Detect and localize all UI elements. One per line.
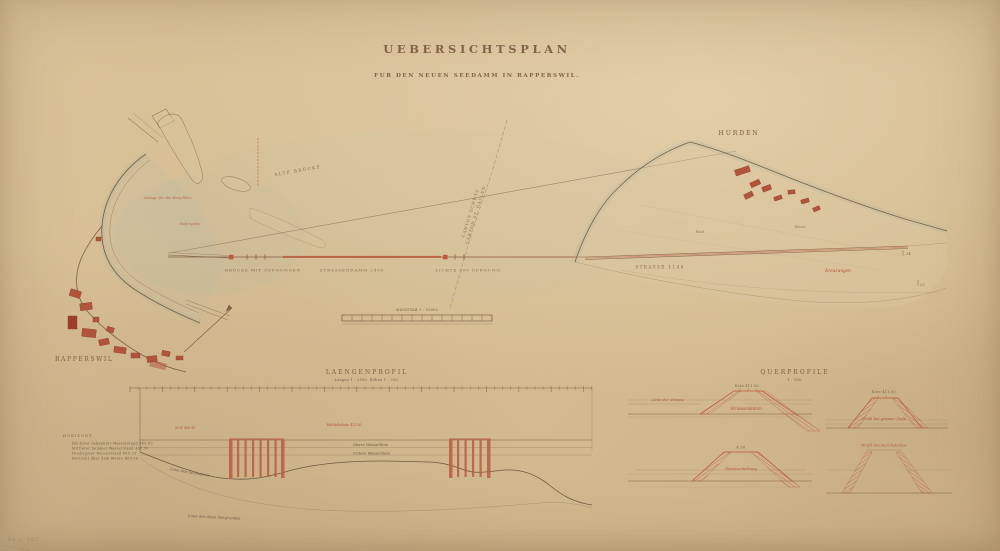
archive-note: Ka 1. 167 — [8, 537, 39, 543]
fahrbahn-note: Fahrbahnkote 411.50 — [326, 423, 362, 427]
field-note-ried: Ried — [695, 229, 705, 234]
dam-label-left: BRÜCKE MIT ÖFFNUNGEN — [225, 268, 301, 273]
mw-note: M.W. 408.90 — [174, 426, 195, 430]
qp1-center-label: Strassendamm — [730, 406, 762, 411]
querprofil-2 — [826, 396, 948, 429]
querprofil-1 — [628, 389, 820, 432]
laengenprofil-subtitle: Längen 1 : 2500. Höhen 1 : 250. — [335, 378, 400, 382]
laengenprofil-title: LAENGENPROFIL — [326, 369, 408, 376]
qp1-left-label: Linie der Strasse — [651, 397, 686, 402]
profile-legend-item: Mittlerer Sommer-Wasserstand 408.90 — [72, 447, 149, 451]
profile-legend-title: HORIZONT. — [63, 434, 94, 438]
field-note-wiese: Wiese — [794, 224, 806, 229]
edge-number-1: 24 — [906, 252, 911, 256]
plan-title: UEBERSICHTSPLAN — [383, 42, 571, 56]
map-artwork: UEBERSICHTSPLAN FUR DEN NEUEN SEEDAMM IN… — [0, 0, 1000, 551]
querprofil-3 — [628, 452, 812, 487]
strasse-label: STRASSE 1140 — [635, 265, 684, 270]
hurden-label: HURDEN — [719, 130, 760, 137]
harbor-note-1: Anlage für die Bauplätze — [143, 195, 192, 200]
querprofile-subtitle: 1 : 500. — [787, 378, 802, 382]
water-lower-label: Untere Wasserlinie — [353, 451, 391, 456]
kreuzungen-note: Kreuzungen — [824, 268, 851, 273]
querprofile-title: QUERPROFILE — [760, 369, 829, 376]
scalebar-label: MASSSTAB 1 : 10000 — [396, 308, 438, 312]
scale-bar — [342, 315, 492, 324]
harbor-note-2: Hafenplatz — [178, 221, 201, 226]
plan-subtitle: FUR DEN NEUEN SEEDAMM IN RAPPERSWIL. — [374, 73, 580, 79]
dam-label-right: LICHTE 300 ÖFFNUNG — [435, 268, 500, 273]
dam-label-mid: STRASSENDAMM 2450 — [320, 268, 384, 273]
qp1-top-label: Kote 411.50 — [735, 384, 759, 388]
profile-legend-item: Niedrigster Wasserstand 408.20 — [72, 452, 136, 456]
profile-legend-item: Höchster bekannter Wasserstand 409.60 — [72, 442, 153, 446]
water-upper-label: Obere Wasserlinie — [353, 442, 389, 447]
plan-sheet: UEBERSICHTSPLAN FUR DEN NEUEN SEEDAMM IN… — [0, 0, 1000, 551]
qp4-center-label: Profil des Durchstiches — [861, 443, 907, 448]
rapperswil-label: RAPPERSWIL — [55, 356, 113, 363]
qp3-center-label: Dammschüttung — [724, 466, 757, 471]
edge-number-2: 23 — [920, 283, 925, 287]
qp3-top-label: 4.50 — [737, 446, 746, 450]
querprofil-4 — [826, 450, 952, 493]
seabed-label-2: Linie des alten Seegrundes — [187, 513, 241, 521]
profile-legend-item: Horizont über dem Meere 405.00 — [72, 457, 138, 461]
laengenprofil-drawing — [130, 386, 592, 511]
seabed-label-1: Linie des Seebodens — [169, 466, 210, 478]
qp2-center-label: Profil bei grosser Tiefe — [861, 416, 907, 421]
qp2-top-label: Kote 411.50 — [872, 390, 896, 394]
